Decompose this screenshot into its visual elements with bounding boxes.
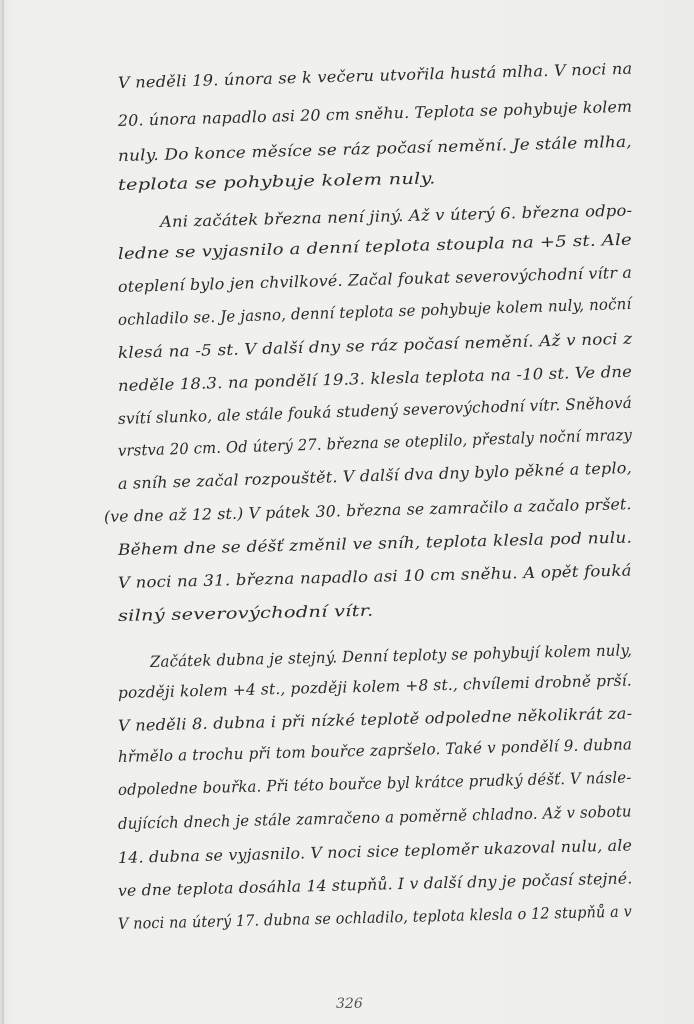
text-line: Během dne se déšť změnil ve sníh, teplot… — [118, 528, 633, 559]
text-line: silný severovýchodní vítr. — [118, 602, 374, 625]
text-line: V noci na 31. března napadlo asi 10 cm s… — [118, 561, 632, 592]
binding-edge — [2, 0, 4, 1024]
text-line: V neděli 8. dubna i při nízké teplotě od… — [118, 704, 633, 735]
text-line: ochladilo se. Je jasno, denní teplota se… — [118, 295, 632, 329]
text-line: (ve dne až 12 st.) V pátek 30. března se… — [104, 495, 632, 526]
text-line: teplota se pohybuje kolem nuly. — [118, 169, 436, 194]
text-line: a sníh se začal rozpouštět. V další dva … — [118, 459, 632, 493]
text-line: dujících dnech je stále zamračeno a pomě… — [118, 802, 632, 833]
text-line: ve dne teplota dosáhla 14 stupňů. I v da… — [118, 869, 633, 900]
text-line: později kolem +4 st., později kolem +8 s… — [118, 671, 632, 702]
text-line: Ani začátek března není jiný. Až v úterý… — [160, 201, 633, 231]
text-line: 14. dubna se vyjasnilo. V noci sice tepl… — [118, 836, 633, 867]
text-line: 20. února napadlo asi 20 cm sněhu. Teplo… — [118, 98, 633, 130]
text-line: V neděli 19. února se k večeru utvořila … — [118, 60, 633, 92]
text-line: klesá na -5 st. V další dny se ráz počas… — [118, 330, 633, 362]
text-line: neděle 18.3. na pondělí 19.3. klesla tep… — [118, 363, 633, 395]
text-line: oteplení bylo jen chvilkové. Začal fouka… — [118, 264, 633, 296]
text-line: hřmělo a trochu při tom bouřce zapršelo.… — [118, 735, 633, 766]
text-line: vrstva 20 cm. Od úterý 27. března se ote… — [118, 426, 633, 460]
text-line: V noci na úterý 17. dubna se ochladilo, … — [118, 902, 632, 933]
text-line: ledne se vyjasnilo a denní teplota stoup… — [118, 231, 632, 263]
text-line: odpoledne bouřka. Při této bouřce byl kr… — [118, 768, 632, 799]
text-line: Začátek dubna je stejný. Denní teploty s… — [150, 641, 632, 671]
text-line: svítí slunko, ale stále fouká studený se… — [118, 394, 632, 428]
page-number: 326 — [336, 996, 363, 1012]
scanned-page: V neděli 19. února se k večeru utvořila … — [0, 0, 694, 1024]
text-line: nuly. Do konce měsíce se ráz počasí nemě… — [118, 133, 632, 165]
